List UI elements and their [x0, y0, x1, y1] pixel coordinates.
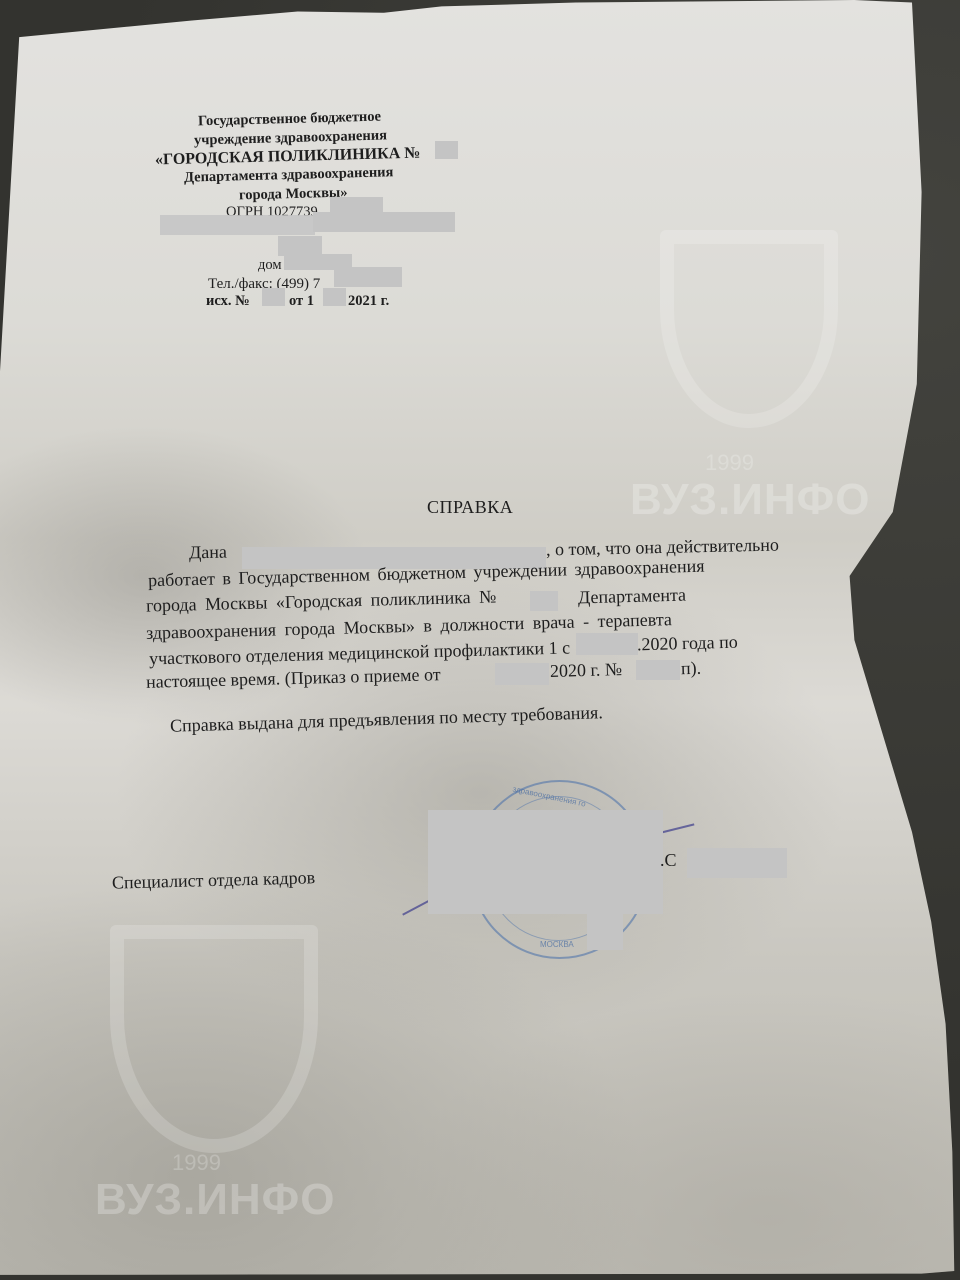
redaction: [435, 141, 458, 159]
outgoing-year: 2021 г.: [348, 292, 389, 311]
body-line: .2020 года по: [637, 632, 738, 656]
purpose-statement: Справка выдана для предъявления по месту…: [170, 702, 603, 737]
body-line: Дана: [189, 542, 227, 564]
address-house: дом: [258, 256, 282, 275]
redaction: [576, 633, 638, 655]
body-line: Департамента: [578, 585, 687, 609]
redaction: [323, 288, 346, 306]
paper-sheet: 1999 ВУЗ.ИНФО 1999 ВУЗ.ИНФО Государствен…: [0, 0, 960, 1280]
redaction: [160, 215, 315, 235]
redaction: [495, 663, 549, 685]
document-title: СПРАВКА: [427, 497, 513, 518]
redaction: [334, 267, 402, 287]
redaction: [687, 848, 787, 878]
outgoing-number-prefix: исх. №: [206, 292, 250, 311]
watermark-shield-icon: [660, 230, 838, 428]
redaction: [530, 591, 558, 611]
body-line: города Москвы «Городская поликлиника №: [146, 586, 497, 616]
redaction: [587, 912, 623, 950]
watermark-year: 1999: [705, 450, 754, 476]
watermark-year: 1999: [172, 1150, 221, 1176]
watermark-brand: ВУЗ.ИНФО: [95, 1175, 335, 1225]
body-line: п).: [681, 658, 702, 680]
outgoing-from: от 1: [289, 292, 314, 311]
watermark-shield-icon: [110, 925, 318, 1153]
redaction: [428, 810, 663, 914]
header-line: Департамента здравоохранения: [184, 163, 394, 187]
redaction: [278, 236, 322, 256]
body-line: 2020 г. №: [550, 659, 623, 682]
redaction: [262, 288, 285, 306]
signatory-position: Специалист отдела кадров: [112, 867, 316, 893]
redaction: [636, 660, 680, 680]
redaction: [313, 212, 455, 232]
stamp-bottom-text: МОСКВА: [540, 940, 574, 949]
watermark-brand: ВУЗ.ИНФО: [630, 475, 870, 525]
signatory-initial: .С: [660, 850, 677, 871]
